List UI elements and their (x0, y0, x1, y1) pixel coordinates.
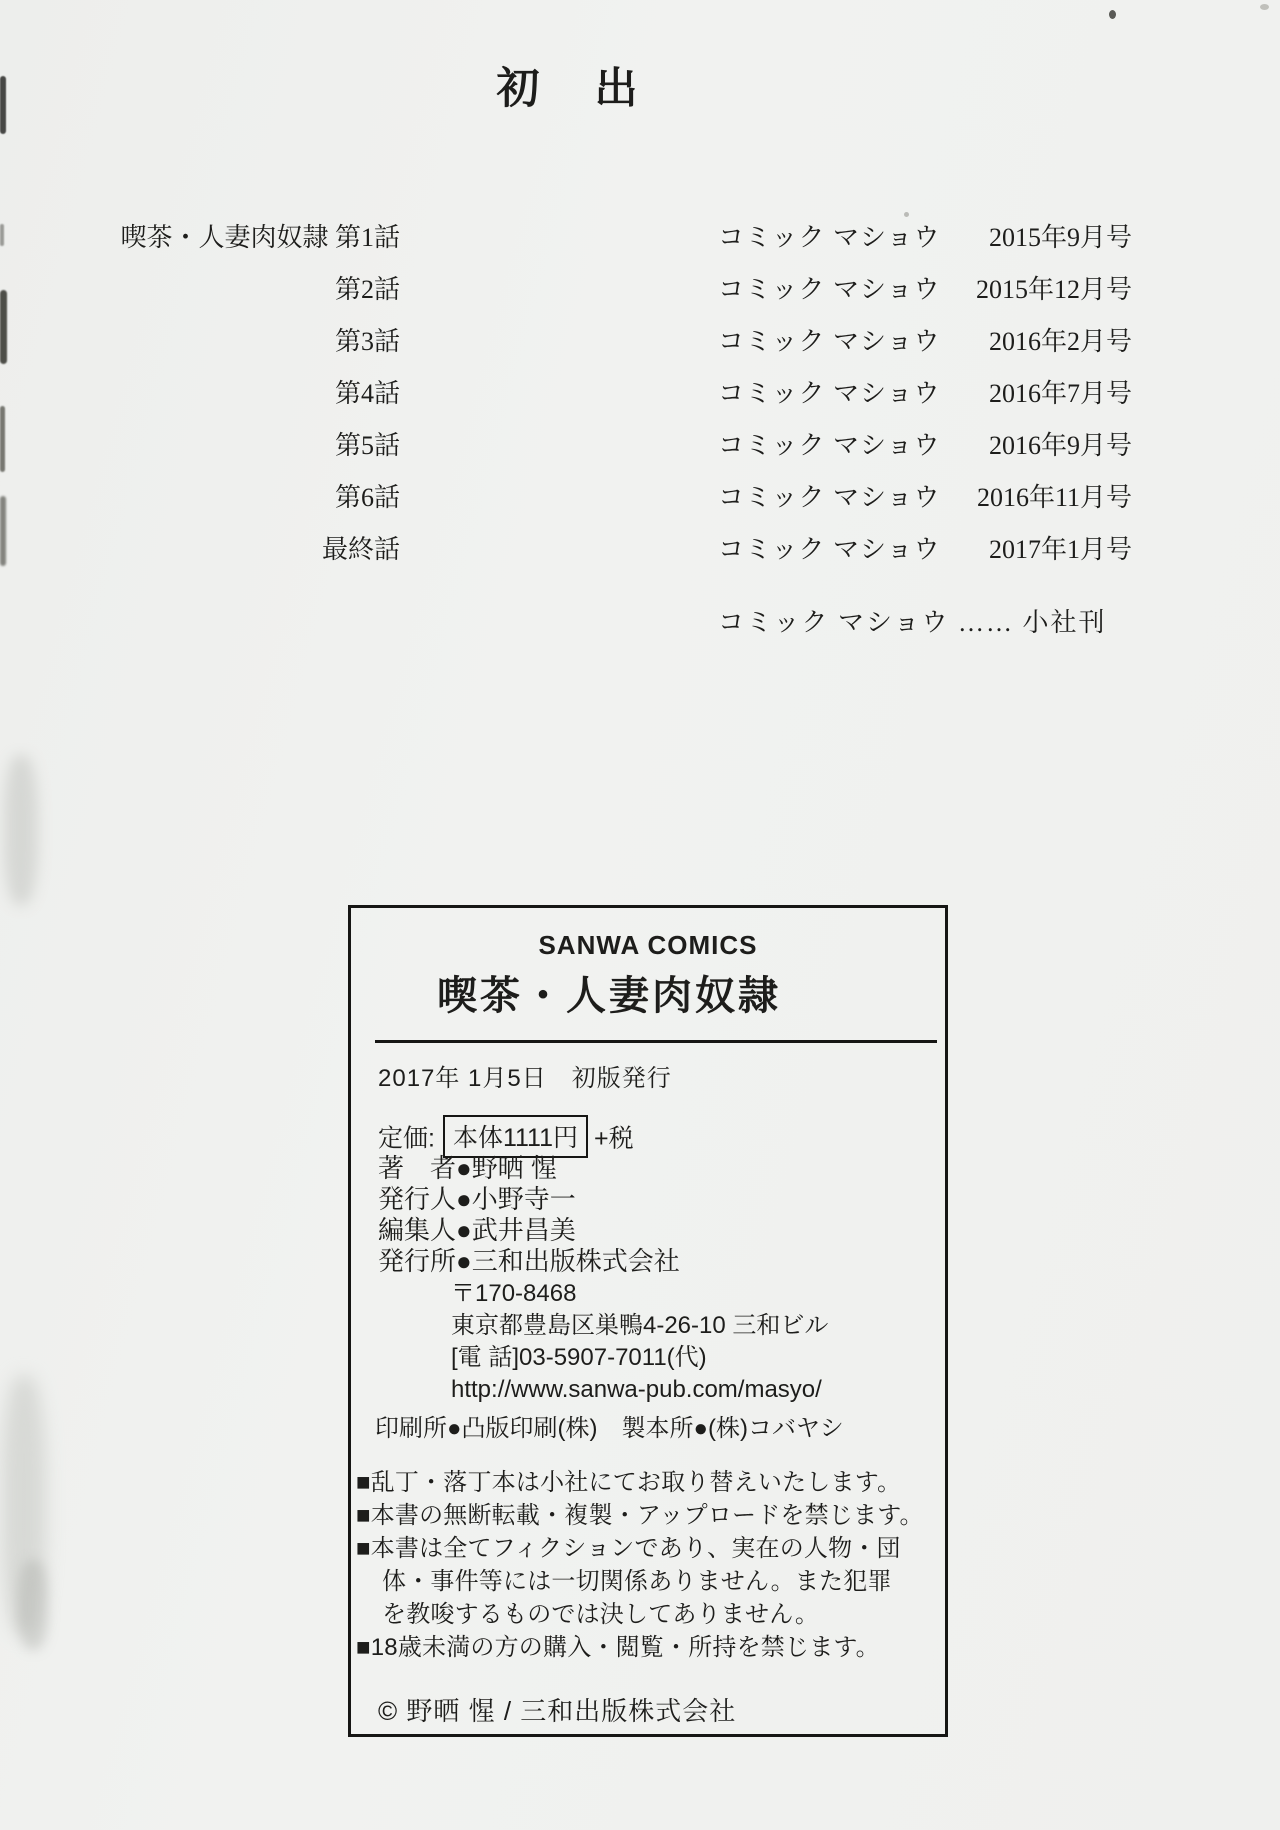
chapter-label: 最終話 (120, 524, 400, 576)
notice-line: ■本書は全てフィクションであり、実在の人物・団 (356, 1532, 936, 1565)
notices-block: ■乱丁・落丁本は小社にてお取り替えいたします。 ■本書の無断転載・複製・アップロ… (356, 1466, 936, 1664)
edition-line: 2017年 1月5日 初版発行 (378, 1058, 672, 1093)
scan-artifact (1260, 4, 1269, 10)
book-title: 喫茶・人妻肉奴隷 (437, 964, 781, 1021)
scan-artifact (0, 224, 4, 246)
magazine-name: コミック マショウ (718, 368, 940, 420)
brand-label: SANWA COMICS (351, 930, 945, 961)
address-line: 東京都豊島区巣鴨4-26-10 三和ビル (451, 1310, 828, 1342)
publication-row: 第6話 コミック マショウ 2016年11月号 (120, 472, 1132, 524)
issue-date: 2016年11月号 (977, 472, 1132, 524)
chapter-label: 第2話 (120, 264, 400, 316)
issue-date: 2015年12月号 (976, 264, 1132, 316)
publisher-footnote: コミック マショウ …… 小社刊 (718, 602, 1106, 639)
address-line: http://www.sanwa-pub.com/masyo/ (451, 1374, 828, 1406)
notice-line: を教唆するものでは決してありません。 (356, 1598, 936, 1631)
issue-date: 2016年2月号 (989, 316, 1132, 368)
address-line: 〒170-8468 (451, 1278, 828, 1310)
magazine-name: コミック マショウ (718, 212, 940, 264)
production-line: 印刷所●凸版印刷(株) 製本所●(株)コバヤシ (375, 1408, 844, 1443)
issue-date: 2016年7月号 (989, 368, 1132, 420)
notice-line: ■乱丁・落丁本は小社にてお取り替えいたします。 (356, 1466, 936, 1499)
scan-artifact (2, 1375, 46, 1635)
magazine-name: コミック マショウ (718, 420, 940, 472)
publication-row: 第4話 コミック マショウ 2016年7月号 (120, 368, 1132, 420)
credit-line: 発行所●三和出版株式会社 (378, 1246, 680, 1277)
title-divider (375, 1040, 937, 1043)
chapter-label: 第5話 (120, 420, 400, 472)
credit-line: 著 者●野晒 惺 (378, 1153, 680, 1184)
credit-line: 編集人●武井昌美 (378, 1215, 680, 1246)
price-tax-suffix: +税 (594, 1125, 634, 1153)
notice-line: 体・事件等には一切関係ありません。また犯罪 (356, 1565, 936, 1598)
scan-artifact (4, 755, 38, 905)
scan-artifact (1109, 10, 1116, 19)
issue-date: 2017年1月号 (989, 524, 1132, 576)
credit-line: 発行人●小野寺一 (378, 1184, 680, 1215)
scan-artifact (0, 496, 6, 566)
address-line: [電 話]03-5907-7011(代) (451, 1342, 828, 1374)
publication-row: 第3話 コミック マショウ 2016年2月号 (120, 316, 1132, 368)
notice-line: ■本書の無断転載・複製・アップロードを禁じます。 (356, 1499, 936, 1532)
chapter-label: 第6話 (120, 472, 400, 524)
magazine-name: コミック マショウ (718, 472, 940, 524)
magazine-name: コミック マショウ (718, 524, 940, 576)
magazine-name: コミック マショウ (718, 264, 940, 316)
scan-artifact (0, 406, 5, 472)
notice-line: ■18歳未満の方の購入・閲覧・所持を禁じます。 (356, 1631, 936, 1664)
price-value: 本体1111円 (443, 1115, 588, 1158)
copyright-line: © 野晒 惺 / 三和出版株式会社 (378, 1691, 736, 1728)
price-label: 定価: (378, 1125, 435, 1153)
address-block: 〒170-8468 東京都豊島区巣鴨4-26-10 三和ビル [電 話]03-5… (451, 1278, 828, 1406)
chapter-label: 第3話 (120, 316, 400, 368)
first-publication-list: 喫茶・人妻肉奴隷 第1話 コミック マショウ 2015年9月号 第2話 コミック… (120, 212, 1132, 576)
colophon-box: SANWA COMICS 喫茶・人妻肉奴隷 2017年 1月5日 初版発行 定価… (348, 905, 948, 1737)
chapter-label: 第4話 (120, 368, 400, 420)
issue-date: 2016年9月号 (989, 420, 1132, 472)
magazine-name: コミック マショウ (718, 316, 940, 368)
scan-artifact (18, 1560, 48, 1650)
price-line: 定価:本体1111円+税 (378, 1115, 634, 1158)
credits-list: 著 者●野晒 惺 発行人●小野寺一 編集人●武井昌美 発行所●三和出版株式会社 (378, 1153, 680, 1277)
scan-artifact (0, 290, 7, 364)
publication-row: 最終話 コミック マショウ 2017年1月号 (120, 524, 1132, 576)
publication-row: 第5話 コミック マショウ 2016年9月号 (120, 420, 1132, 472)
page-title: 初 出 (0, 55, 1140, 116)
publication-row: 喫茶・人妻肉奴隷 第1話 コミック マショウ 2015年9月号 (120, 212, 1132, 264)
issue-date: 2015年9月号 (989, 212, 1132, 264)
publication-row: 第2話 コミック マショウ 2015年12月号 (120, 264, 1132, 316)
chapter-label: 喫茶・人妻肉奴隷 第1話 (120, 212, 400, 264)
